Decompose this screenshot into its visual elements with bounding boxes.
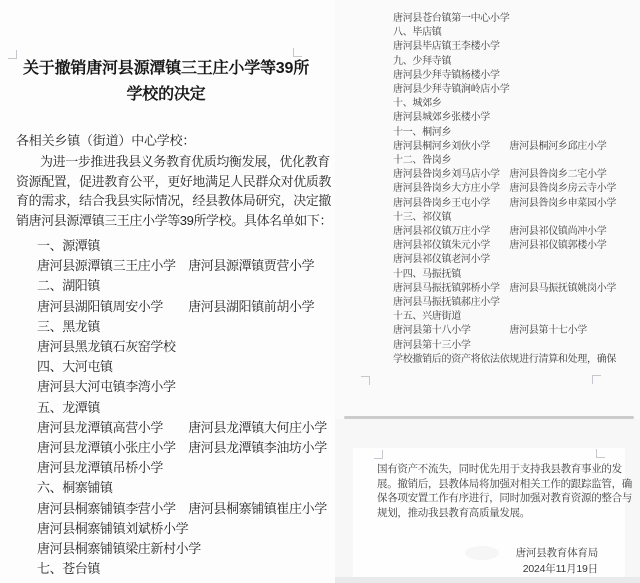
list-line: 唐河县桐寨铺镇刘斌桥小学: [37, 519, 327, 539]
list-line: 唐河县第十三小学: [393, 339, 637, 353]
list-line: 唐河县桐寨铺镇李营小学 唐河县桐寨铺镇崔庄小学: [37, 499, 327, 519]
list-line: 唐河县源潭镇三王庄小学 唐河县源潭镇贾营小学: [37, 256, 327, 276]
signature-block: 唐河县教育体育局 2024年11月19日: [516, 546, 598, 577]
list-line: 十五、兴唐街道: [393, 310, 637, 324]
left-document-photo: 关于撤销唐河县源潭镇三王庄小学等39所 学校的决定 各相关乡镇（街道）中心学校：…: [0, 0, 335, 583]
list-line: 唐河县苍台镇第一中心小学: [393, 12, 637, 26]
issuer-signature: 唐河县教育体育局: [516, 546, 598, 562]
list-line: 唐河县桐河乡刘伙小学 唐河县桐河乡邱庄小学: [393, 140, 637, 154]
closing-line: 展。撤销后，县教体局将加强对相关工作的跟踪监管，确: [377, 477, 624, 492]
intro-paragraph: 为进一步推进我县义务教育优质均衡发展，优化教育 资源配置，促进教育公平，更好地满…: [16, 152, 319, 230]
list-line: 八、毕店镇: [393, 26, 637, 40]
title-line: 关于撤销唐河县源潭镇三王庄小学等39所: [13, 56, 319, 82]
closing-line: 国有资产不流失，同时优先用于支持我县教育事业的发: [377, 462, 624, 477]
faint-watermark: [465, 546, 499, 560]
list-line: 唐河县祁仪镇朱元小学 唐河县祁仪镇郭楼小学: [393, 239, 637, 253]
list-line: 唐河县城郊乡张楼小学: [393, 111, 637, 125]
list-line: 唐河县湖阳镇周安小学 唐河县湖阳镇前胡小学: [37, 297, 327, 317]
intro-line: 育的需求，结合我县实际情况，经县教体局研究，决定撤: [16, 191, 319, 211]
closing-card: 国有资产不流失，同时优先用于支持我县教育事业的发 展。撤销后，县教体局将加强对相…: [353, 448, 625, 577]
corner-mark-bottom-left: [361, 376, 370, 385]
list-line: 唐河县黑龙镇石灰窑学校: [37, 337, 327, 357]
intro-line: 销唐河县源潭镇三王庄小学等39所学校。具体名单如下：: [16, 211, 319, 231]
intro-line: 为进一步推进我县义务教育优质均衡发展，优化教育: [16, 152, 319, 172]
list-line: 二、湖阳镇: [37, 276, 327, 296]
list-line: 唐河县昝岗乡大方庄小学 唐河县昝岗乡房云寺小学: [393, 182, 637, 196]
list-line: 唐河县龙潭镇吊桥小学: [37, 458, 327, 478]
list-line: 四、大河屯镇: [37, 357, 327, 377]
list-line: 一、源潭镇: [37, 236, 327, 256]
school-list-right: 唐河县苍台镇第一中心小学 八、毕店镇 唐河县毕店镇王李楼小学 九、少拜寺镇 唐河…: [393, 12, 637, 367]
list-line: 唐河县昝岗乡王屯小学 唐河县昝岗乡申菜园小学: [393, 197, 637, 211]
list-line: 唐河县马振抚镇郝庄小学: [393, 296, 637, 310]
list-line: 十一、桐河乡: [393, 126, 637, 140]
list-line: 六、桐寨铺镇: [37, 478, 327, 498]
list-line: 唐河县祁仪镇万庄小学 唐河县祁仪镇尚冲小学: [393, 225, 637, 239]
issue-date: 2024年11月19日: [516, 562, 598, 578]
list-line: 唐河县毕店镇王李楼小学: [393, 40, 637, 54]
list-line: 七、苍台镇: [37, 559, 327, 579]
list-line: 三、黑龙镇: [37, 317, 327, 337]
salutation: 各相关乡镇（街道）中心学校：: [16, 130, 195, 149]
closing-paragraph: 国有资产不流失，同时优先用于支持我县教育事业的发 展。撤销后，县教体局将加强对相…: [377, 462, 624, 520]
list-line: 十三、祁仪镇: [393, 211, 637, 225]
list-line: 五、龙潭镇: [37, 398, 327, 418]
closing-line: 规划，推动我县教育高质量发展。: [377, 506, 624, 521]
closing-line: 保各项安置工作有序进行，同时加强对教育资源的整合与: [377, 491, 624, 506]
corner-mark-top-left: [374, 450, 383, 459]
list-line: 唐河县大河屯镇李湾小学: [37, 377, 327, 397]
list-line: 唐河县少拜寺镇涧岭店小学: [393, 83, 637, 97]
list-line: 唐河县少拜寺镇杨楼小学: [393, 69, 637, 83]
list-line: 九、少拜寺镇: [393, 55, 637, 69]
school-list-left: 一、源潭镇 唐河县源潭镇三王庄小学 唐河县源潭镇贾营小学 二、湖阳镇 唐河县湖阳…: [37, 236, 327, 579]
document-title: 关于撤销唐河县源潭镇三王庄小学等39所 学校的决定: [13, 56, 319, 108]
corner-mark-bottom-right: [592, 375, 601, 384]
corner-mark-top-right: [596, 449, 605, 458]
bottom-strip: [335, 577, 640, 583]
bottom-section: 国有资产不流失，同时优先用于支持我县教育事业的发 展。撤销后，县教体局将加强对相…: [335, 419, 640, 583]
list-line: 唐河县第十八小学 唐河县第十七小学: [393, 324, 637, 338]
list-line: 十、城郊乡: [393, 97, 637, 111]
list-line: 唐河县桐寨铺镇梁庄新村小学: [37, 539, 327, 559]
list-line: 唐河县昝岗乡刘马店小学 唐河县昝岗乡二宅小学: [393, 168, 637, 182]
title-line: 学校的决定: [13, 82, 319, 108]
list-line: 十二、昝岗乡: [393, 154, 637, 168]
article-image: 关于撤销唐河县源潭镇三王庄小学等39所 学校的决定 各相关乡镇（街道）中心学校：…: [0, 0, 640, 583]
list-line: 唐河县祁仪镇老河小学: [393, 253, 637, 267]
list-line: 唐河县马振抚镇郭桥小学 唐河县马振抚镇姚岗小学: [393, 282, 637, 296]
list-line: 十四、马振抚镇: [393, 268, 637, 282]
right-document-photo: 唐河县苍台镇第一中心小学 八、毕店镇 唐河县毕店镇王李楼小学 九、少拜寺镇 唐河…: [335, 0, 640, 583]
intro-line: 资源配置，促进教育公平，更好地满足人民群众对优质教: [16, 172, 319, 192]
list-line: 学校撤销后的资产将依法依规进行清算和处理，确保: [393, 353, 637, 367]
list-line: 唐河县龙潭镇小张庄小学 唐河县龙潭镇李油坊小学: [37, 438, 327, 458]
list-line: 唐河县龙潭镇高营小学 唐河县龙潭镇大何庄小学: [37, 418, 327, 438]
